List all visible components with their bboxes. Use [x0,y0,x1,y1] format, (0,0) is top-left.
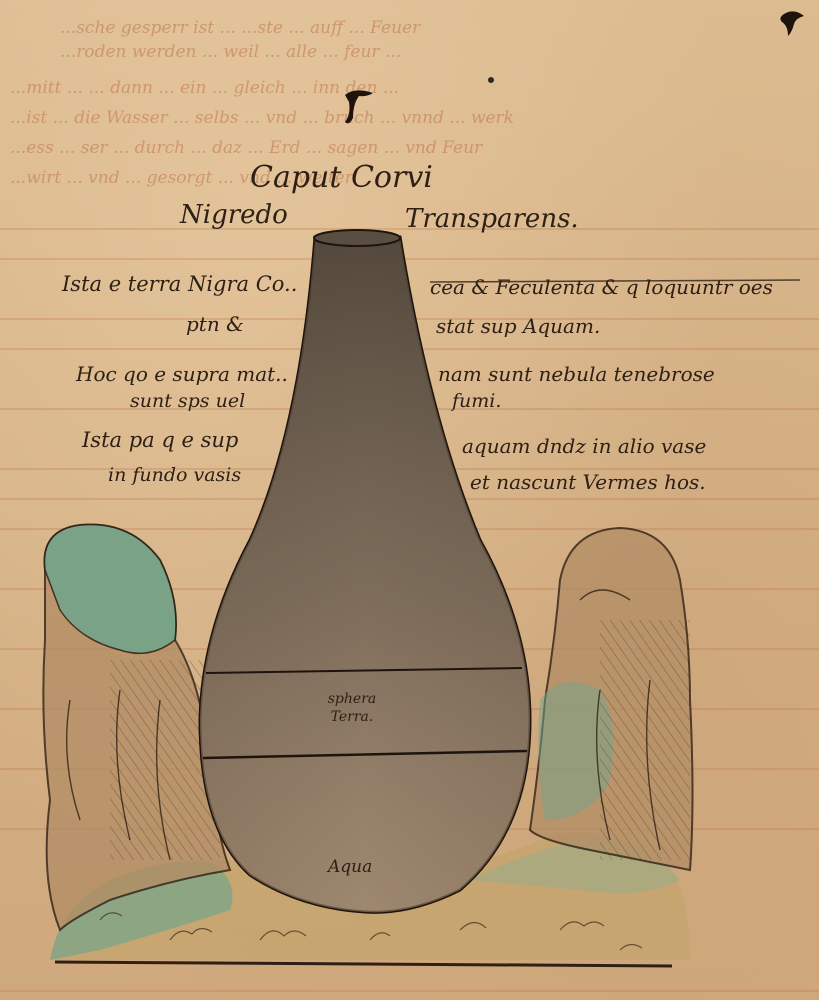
caption-nigredo: Nigredo [180,200,288,230]
alchemical-flask-illustration [0,0,819,1000]
right-text-line: stat sup Aquam. [436,314,600,338]
right-text-line: et nascunt Vermes hos. [470,470,706,494]
right-text-line: fumi. [452,390,501,412]
left-text-line: Ista pa q e sup [82,428,238,452]
flask-mouth [314,230,400,246]
flask-label-sphera-terra: sphera Terra. [312,690,392,726]
left-text-line: Ista e terra Nigra Co.. [62,272,297,296]
right-text-line: cea & Feculenta & q loquuntr oes [430,275,773,299]
left-text-line: ptn & [186,312,244,336]
flask-label-aqua: Aqua [328,857,372,877]
caption-transparens: Transparens. [405,204,579,234]
right-text-line: nam sunt nebula tenebrose [438,362,715,386]
left-text-line: sunt sps uel [130,390,245,412]
left-text-line: in fundo vasis [108,464,241,486]
caption-caput-corvi: Caput Corvi [250,160,433,195]
ink-blot-icon [345,11,804,123]
right-text-line: aquam dndz in alio vase [462,434,706,458]
left-text-line: Hoc qo e supra mat.. [76,362,288,386]
manuscript-page: ...sche gesperr ist ... ...ste ... auff … [0,0,819,1000]
